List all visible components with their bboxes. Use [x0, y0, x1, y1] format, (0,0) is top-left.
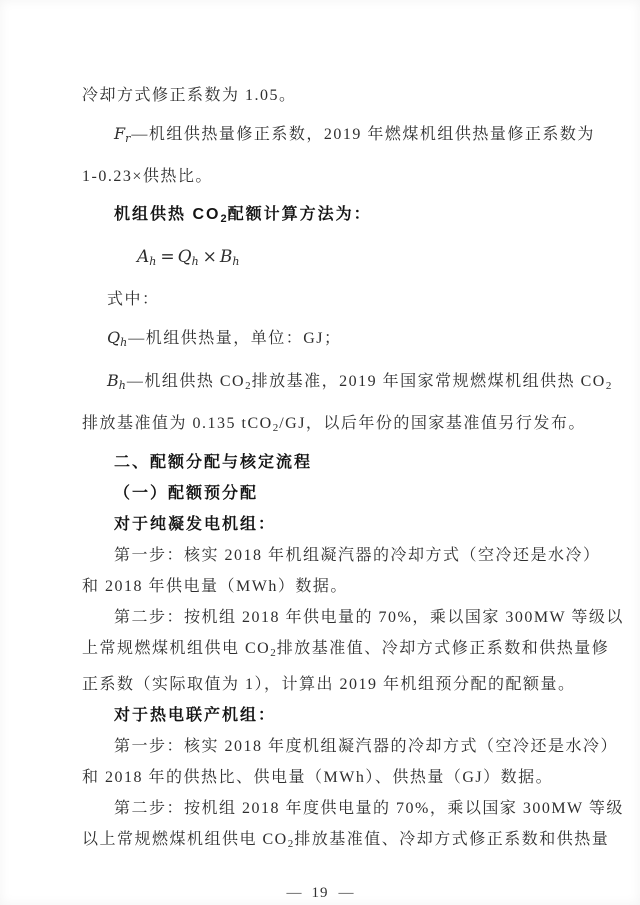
text-run: —机组供热 CO — [127, 373, 245, 390]
text-run-i: F — [114, 124, 125, 143]
text-run-sub: 2 — [270, 647, 276, 659]
text-line: 对于纯凝发电机组： — [82, 509, 570, 540]
text-run: /GJ，以后年份的国家基准值另行发布。 — [279, 415, 586, 432]
page-number: 19 — [312, 885, 329, 901]
text-line: 正系数（实际取值为 1），计算出 2019 年机组预分配的配额量。 — [82, 669, 570, 700]
text-line: Ah=Qh×Bh — [82, 238, 570, 281]
text-run: （一）配额预分配 — [114, 485, 258, 502]
text-run-isub: h — [119, 379, 126, 392]
text-run-op: = — [157, 247, 177, 267]
text-run: 1-0.23×供热比。 — [82, 168, 213, 185]
text-run-i: B — [107, 371, 119, 390]
text-line: 第一步：核实 2018 年度机组凝汽器的冷却方式（空冷还是水冷） — [82, 731, 570, 762]
text-run-sub: 2 — [288, 838, 294, 850]
text-run-sub: 2 — [245, 380, 251, 392]
text-line: 机组供热 CO2配额计算方法为： — [82, 196, 570, 238]
text-line: 和 2018 年的供热比、供电量（MWh）、供热量（GJ）数据。 — [82, 762, 570, 793]
section-heat-supply-quota-calculation: 冷却方式修正系数为 1.05。Fr—机组供热量修正系数，2019 年燃煤机组供热… — [82, 77, 570, 447]
text-line: 1-0.23×供热比。 — [82, 158, 570, 196]
text-run: 排放基准值、冷却方式修正系数和供热量 — [294, 831, 609, 848]
text-run-isub: h — [232, 255, 239, 268]
text-run: 冷却方式修正系数为 1.05。 — [82, 87, 297, 104]
text-run: 第二步：按机组 2018 年供电量的 70%，乘以国家 300MW 等级以 — [114, 609, 624, 626]
text-line: 式中： — [82, 281, 570, 319]
text-run: 上常规燃煤机组供电 CO — [82, 640, 270, 657]
text-run: 第一步：核实 2018 年度机组凝汽器的冷却方式（空冷还是水冷） — [114, 738, 618, 755]
text-run: 二、配额分配与核定流程 — [114, 454, 312, 471]
text-run: 和 2018 年的供热比、供电量（MWh）、供热量（GJ）数据。 — [82, 769, 553, 786]
text-run: 排放基准，2019 年国家常规燃煤机组供热 CO — [252, 373, 606, 390]
text-line: Bh—机组供热 CO2排放基准，2019 年国家常规燃煤机组供热 CO2 — [82, 362, 570, 405]
text-line: 第二步：按机组 2018 年度供电量的 70%，乘以国家 300MW 等级 — [82, 793, 570, 824]
text-run: 正系数（实际取值为 1），计算出 2019 年机组预分配的配额量。 — [82, 676, 576, 693]
text-run: 第二步：按机组 2018 年度供电量的 70%，乘以国家 300MW 等级 — [114, 800, 624, 817]
text-run-i: Q — [107, 328, 120, 347]
section-allocation-and-verification-process: 二、配额分配与核定流程（一）配额预分配对于纯凝发电机组：第一步：核实 2018 … — [82, 447, 570, 860]
document-page: 冷却方式修正系数为 1.05。Fr—机组供热量修正系数，2019 年燃煤机组供热… — [0, 0, 640, 905]
text-run: 对于热电联产机组： — [114, 707, 276, 724]
text-run: 排放基准值、冷却方式修正系数和供热量修 — [277, 640, 610, 657]
text-line: 以上常规燃煤机组供电 CO2排放基准值、冷却方式修正系数和供热量 — [82, 824, 570, 860]
text-run: —机组供热量，单位：GJ； — [128, 330, 341, 347]
text-run-sub: 2 — [273, 422, 279, 434]
text-line: 上常规燃煤机组供电 CO2排放基准值、冷却方式修正系数和供热量修 — [82, 633, 570, 669]
text-run: 和 2018 年供电量（MWh）数据。 — [82, 578, 348, 595]
text-run-isub: h — [120, 336, 127, 349]
text-run-isub: h — [149, 255, 156, 268]
text-run: —机组供热量修正系数，2019 年燃煤机组供热量修正系数为 — [131, 126, 595, 143]
text-run: 第一步：核实 2018 年机组凝汽器的冷却方式（空冷还是水冷） — [114, 547, 601, 564]
text-run-op: × — [200, 247, 220, 267]
text-line: 和 2018 年供电量（MWh）数据。 — [82, 571, 570, 602]
text-run-i: A — [137, 247, 149, 267]
text-run-isub: h — [192, 255, 199, 268]
text-line: 排放基准值为 0.135 tCO2/GJ，以后年份的国家基准值另行发布。 — [82, 405, 570, 447]
text-run: 排放基准值为 0.135 tCO — [82, 415, 273, 432]
text-line: Qh—机组供热量，单位：GJ； — [82, 319, 570, 362]
text-line: （一）配额预分配 — [82, 478, 570, 509]
text-run: 以上常规燃煤机组供电 CO — [82, 831, 288, 848]
footer-dash-right: — — [339, 885, 354, 901]
text-line: 第二步：按机组 2018 年供电量的 70%，乘以国家 300MW 等级以 — [82, 602, 570, 633]
text-run: 配额计算方法为： — [228, 206, 372, 223]
footer-dash-left: — — [287, 885, 302, 901]
text-run: 机组供热 CO — [114, 206, 220, 223]
text-run-i: B — [220, 247, 233, 267]
text-line: 第一步：核实 2018 年机组凝汽器的冷却方式（空冷还是水冷） — [82, 540, 570, 571]
text-line: Fr—机组供热量修正系数，2019 年燃煤机组供热量修正系数为 — [82, 115, 570, 158]
text-run-sub: 2 — [220, 213, 226, 225]
page-footer: —19— — [0, 882, 640, 904]
text-run-sub: 2 — [606, 380, 612, 392]
text-line: 冷却方式修正系数为 1.05。 — [82, 77, 570, 115]
text-run: 式中： — [107, 291, 160, 308]
text-run-i: Q — [178, 247, 192, 267]
text-run: 对于纯凝发电机组： — [114, 516, 276, 533]
document-body: 冷却方式修正系数为 1.05。Fr—机组供热量修正系数，2019 年燃煤机组供热… — [0, 0, 640, 860]
text-run-isub: r — [125, 132, 130, 145]
text-line: 二、配额分配与核定流程 — [82, 447, 570, 478]
text-line: 对于热电联产机组： — [82, 700, 570, 731]
